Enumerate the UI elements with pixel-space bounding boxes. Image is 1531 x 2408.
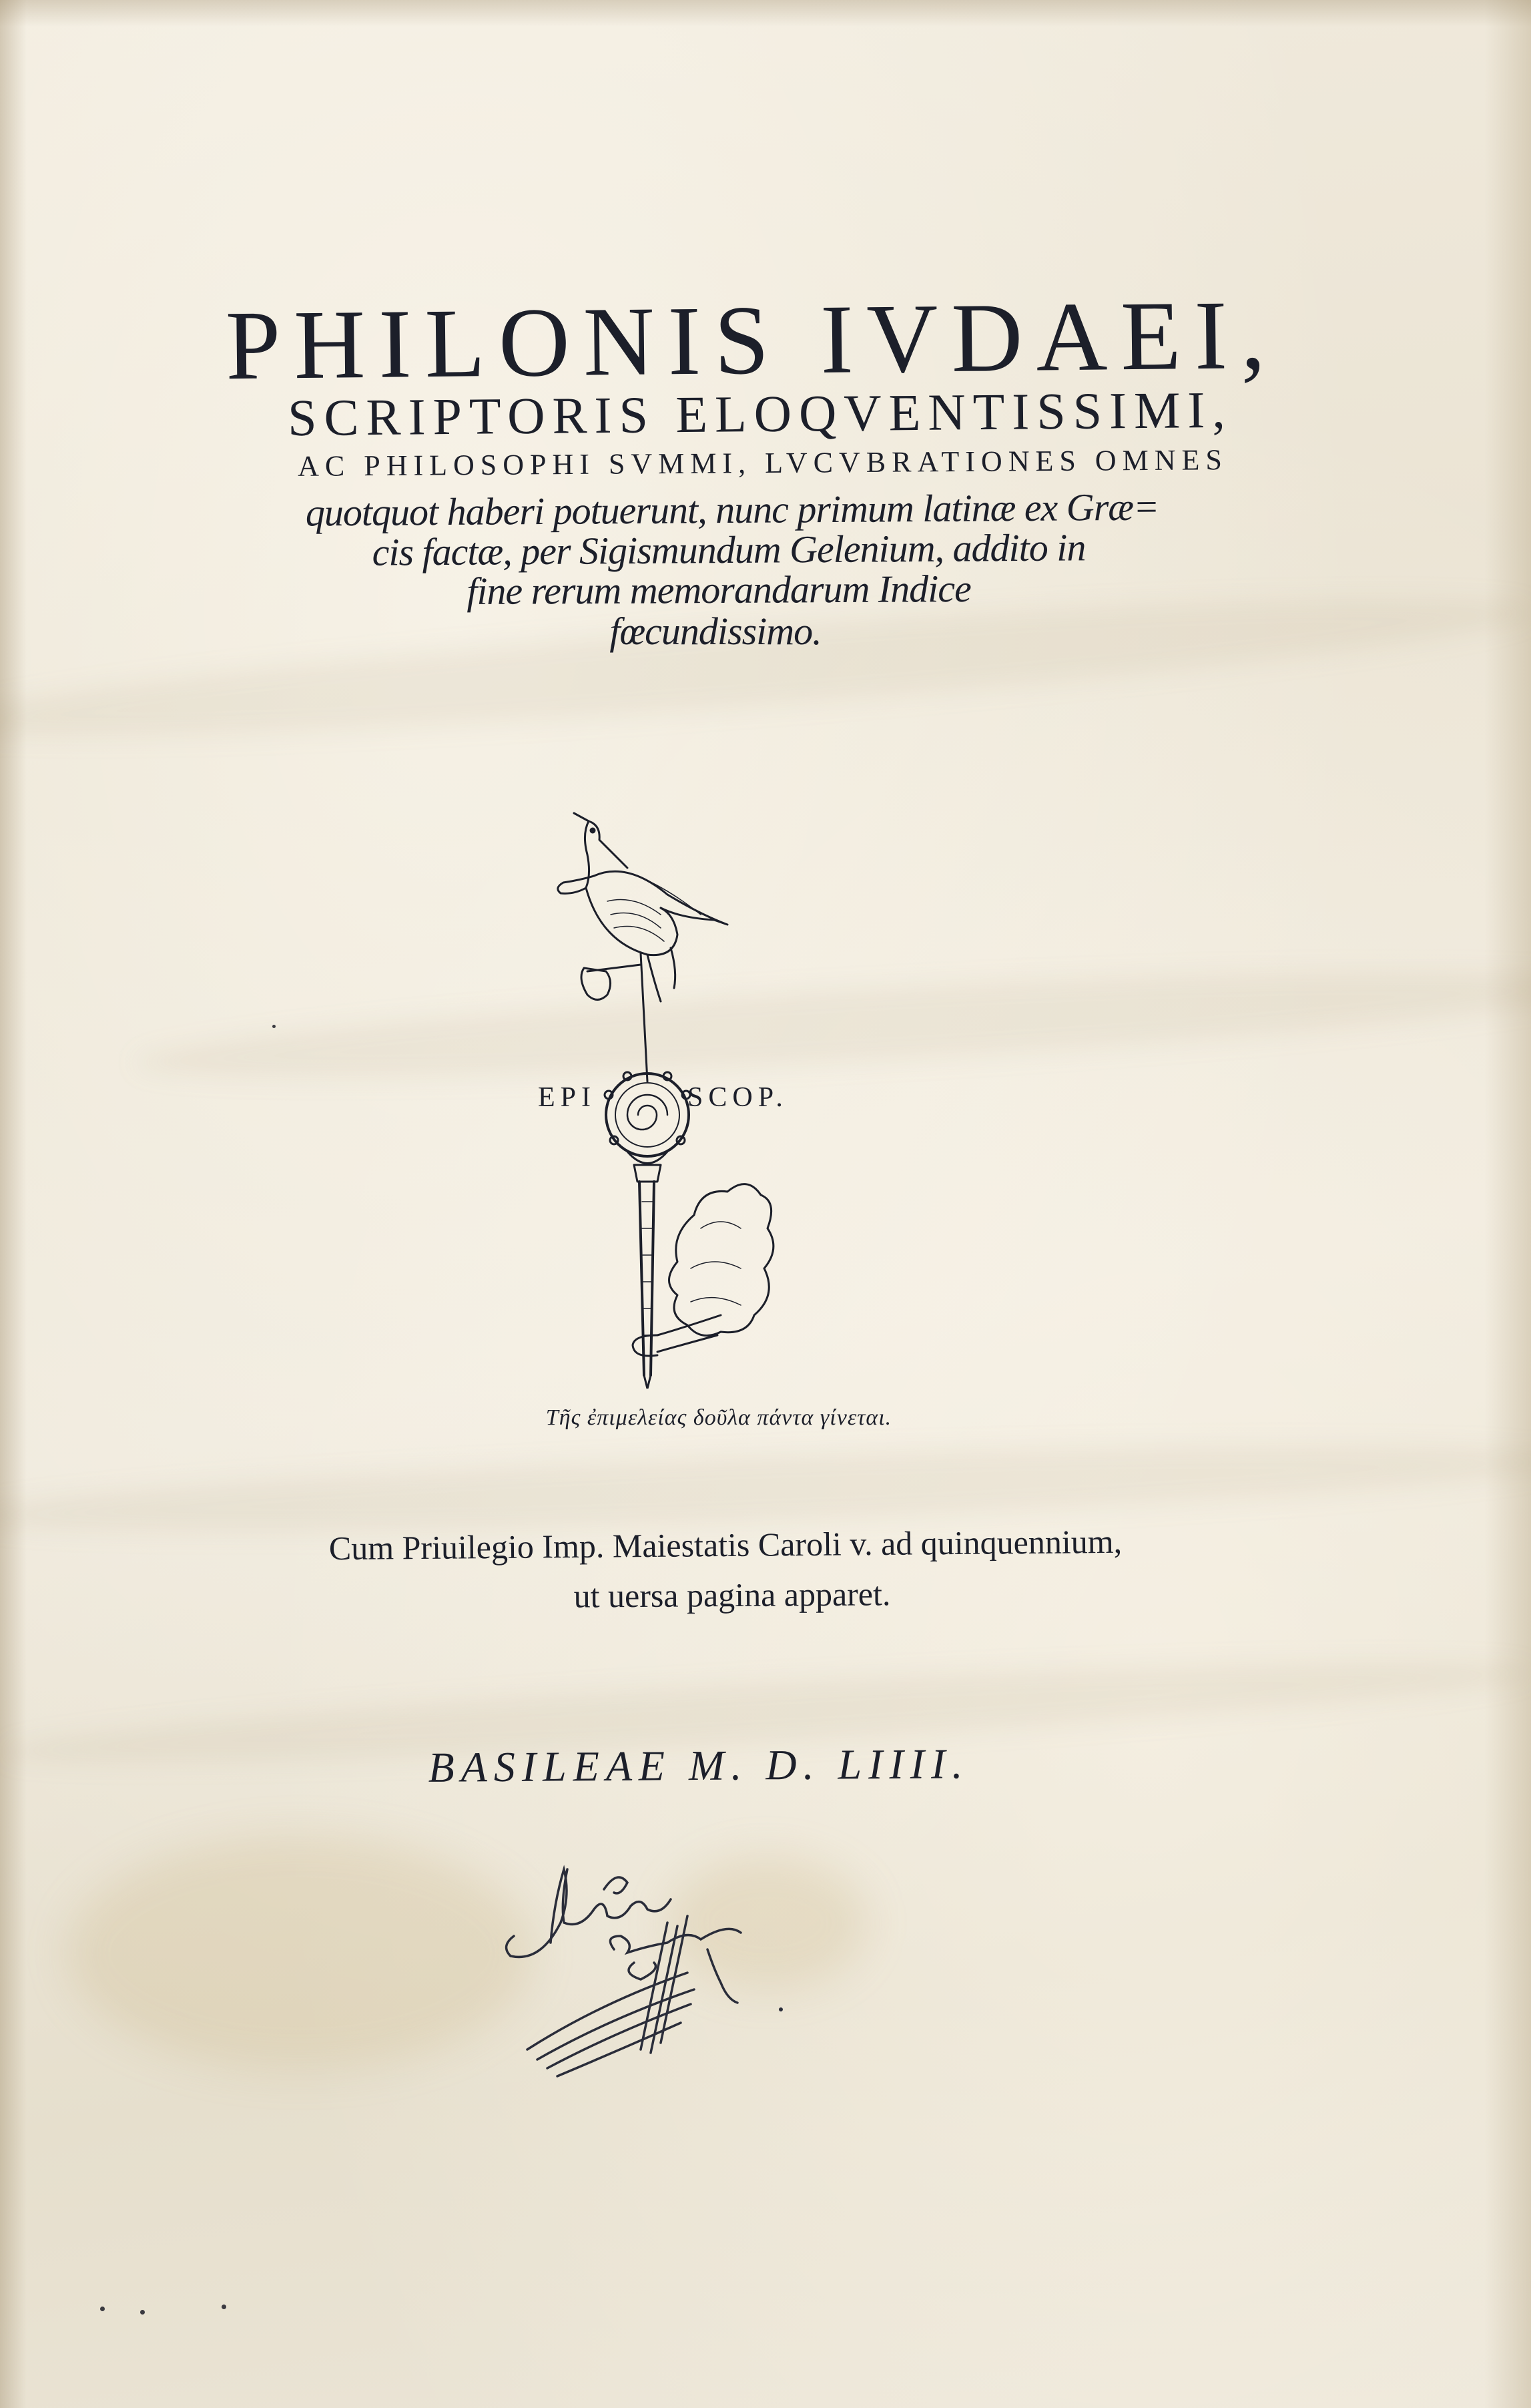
paper-crease — [133, 950, 1531, 1100]
water-stain — [67, 1836, 534, 2070]
body-line-4: fœcundissimo. — [0, 609, 1481, 654]
title-page: PHILONIS IVDAEI, SCRIPTORIS ELOQVENTISSI… — [0, 0, 1531, 2408]
device-label-scop: SCOP. — [687, 1081, 788, 1114]
paper-speck — [222, 2305, 226, 2309]
paper-speck — [140, 2310, 145, 2315]
page-edge-shadow — [0, 0, 1531, 27]
greek-motto: Τῆς ἐπιμελείας δοῦλα πάντα γίνεται. — [0, 1405, 1484, 1431]
title-line-2: SCRIPTORIS ELOQVENTISSIMI, — [0, 377, 1526, 451]
paper-speck — [100, 2307, 105, 2311]
paper-speck — [272, 1025, 276, 1028]
privilege-line-2: ut uersa pagina apparet. — [0, 1570, 1498, 1620]
ink-signature-icon — [487, 1829, 808, 2083]
imprint: BASILEAE M. D. LIIII. — [0, 1736, 1464, 1796]
device-label-epi: EPI — [538, 1081, 596, 1114]
